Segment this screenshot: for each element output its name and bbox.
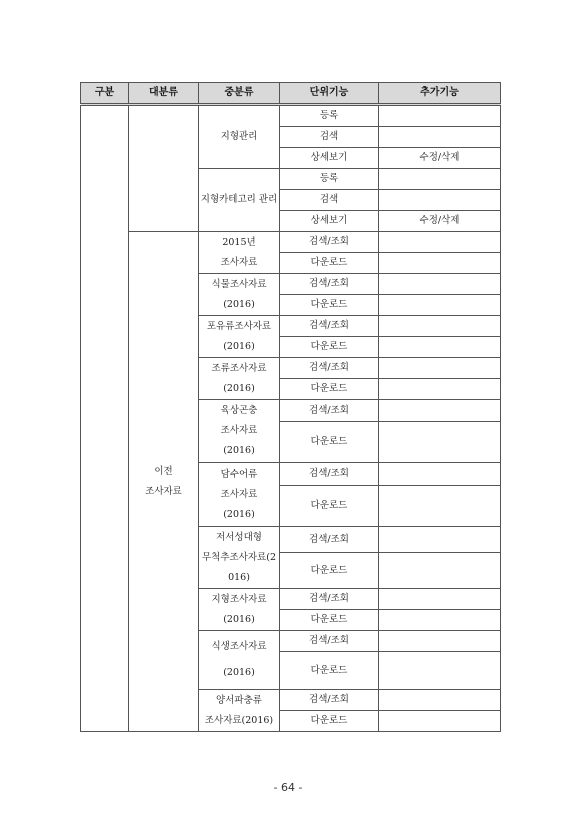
extra-function-cell	[379, 358, 501, 379]
unit-function-cell: 다운로드	[280, 711, 379, 732]
mid-category-cell: 2015년 조사자료	[199, 232, 280, 274]
mid-category-cell: 포유류조사자료 (2016)	[199, 316, 280, 358]
unit-function-cell: 검색/조회	[280, 232, 379, 253]
mid-category-line: 조류조사자료	[199, 359, 279, 379]
extra-function-cell	[379, 422, 501, 463]
extra-function-cell	[379, 232, 501, 253]
mid-category-line: 무척추조사자료(2	[199, 548, 279, 568]
extra-function-cell	[379, 253, 501, 274]
mid-category-line: 저서성대형	[199, 528, 279, 548]
extra-function-cell	[379, 553, 501, 589]
unit-function-cell: 검색/조회	[280, 527, 379, 553]
extra-function-cell	[379, 652, 501, 690]
mid-category-line: 조사자료	[199, 421, 279, 441]
mid-category-cell: 조류조사자료 (2016)	[199, 358, 280, 400]
unit-function-cell: 검색/조회	[280, 400, 379, 422]
extra-function-cell: 수정/삭제	[379, 148, 501, 169]
mid-category-line: (2016)	[199, 295, 279, 315]
mid-category-line: 2015년	[199, 233, 279, 253]
mid-category-line: 식생조사자료	[199, 634, 279, 660]
unit-function-cell: 검색/조회	[280, 316, 379, 337]
extra-function-cell	[379, 400, 501, 422]
unit-function-cell: 다운로드	[280, 422, 379, 463]
mid-category-line: (2016)	[199, 441, 279, 461]
major-category-cell	[129, 105, 199, 232]
extra-function-cell	[379, 379, 501, 400]
mid-category-line: (2016)	[199, 610, 279, 630]
mid-category-cell: 지형조사자료 (2016)	[199, 589, 280, 631]
unit-function-cell: 다운로드	[280, 337, 379, 358]
unit-function-cell: 검색/조회	[280, 358, 379, 379]
extra-function-cell	[379, 589, 501, 610]
unit-function-cell: 다운로드	[280, 486, 379, 527]
division-cell	[81, 105, 129, 732]
unit-function-cell: 검색	[280, 190, 379, 211]
unit-function-cell: 검색	[280, 127, 379, 148]
unit-function-cell: 검색/조회	[280, 631, 379, 652]
unit-function-cell: 다운로드	[280, 253, 379, 274]
major-category-line: 조사자료	[129, 482, 198, 502]
header-extra-function: 추가기능	[379, 83, 501, 105]
unit-function-cell: 검색/조회	[280, 690, 379, 711]
table-header-row: 구분 대분류 중분류 단위기능 추가기능	[81, 83, 501, 105]
major-category-line: 이전	[129, 462, 198, 482]
unit-function-cell: 상세보기	[280, 148, 379, 169]
extra-function-cell	[379, 274, 501, 295]
unit-function-cell: 상세보기	[280, 211, 379, 232]
unit-function-cell: 검색/조회	[280, 463, 379, 486]
extra-function-cell	[379, 527, 501, 553]
mid-category-cell: 지형카테고리 관리	[199, 169, 280, 232]
mid-category-line: 지형조사자료	[199, 590, 279, 610]
unit-function-cell: 등록	[280, 105, 379, 127]
extra-function-cell	[379, 610, 501, 631]
mid-category-cell: 담수어류 조사자료 (2016)	[199, 463, 280, 527]
mid-category-line: 담수어류	[199, 465, 279, 485]
mid-category-line: 조사자료	[199, 253, 279, 273]
unit-function-cell: 등록	[280, 169, 379, 190]
header-mid-category: 중분류	[199, 83, 280, 105]
extra-function-cell	[379, 169, 501, 190]
mid-category-cell: 식생조사자료 (2016)	[199, 631, 280, 690]
mid-category-line: 016)	[199, 568, 279, 588]
extra-function-cell	[379, 486, 501, 527]
extra-function-cell	[379, 337, 501, 358]
page-number: - 64 -	[0, 781, 576, 794]
mid-category-line: (2016)	[199, 505, 279, 525]
mid-category-line: 포유류조사자료	[199, 317, 279, 337]
unit-function-cell: 다운로드	[280, 379, 379, 400]
extra-function-cell: 수정/삭제	[379, 211, 501, 232]
extra-function-cell	[379, 127, 501, 148]
header-major-category: 대분류	[129, 83, 199, 105]
mid-category-line: 양서파충류	[199, 691, 279, 711]
mid-category-line: 조사자료(2016)	[199, 711, 279, 731]
major-category-cell: 이전 조사자료	[129, 232, 199, 732]
mid-category-line: (2016)	[199, 660, 279, 686]
extra-function-cell	[379, 316, 501, 337]
unit-function-cell: 검색/조회	[280, 589, 379, 610]
extra-function-cell	[379, 690, 501, 711]
mid-category-line: 식물조사자료	[199, 275, 279, 295]
document-page: 구분 대분류 중분류 단위기능 추가기능 지형관리 등록 검색 상세보기	[0, 0, 576, 840]
function-spec-table: 구분 대분류 중분류 단위기능 추가기능 지형관리 등록 검색 상세보기	[80, 82, 501, 732]
mid-category-cell: 지형관리	[199, 105, 280, 169]
table-row: 이전 조사자료 2015년 조사자료 검색/조회	[81, 232, 501, 253]
mid-category-line: (2016)	[199, 379, 279, 399]
table-row: 지형관리 등록	[81, 105, 501, 127]
unit-function-cell: 다운로드	[280, 295, 379, 316]
mid-category-line: 조사자료	[199, 485, 279, 505]
extra-function-cell	[379, 631, 501, 652]
unit-function-cell: 검색/조회	[280, 274, 379, 295]
extra-function-cell	[379, 463, 501, 486]
header-division: 구분	[81, 83, 129, 105]
mid-category-cell: 저서성대형 무척추조사자료(2 016)	[199, 527, 280, 589]
mid-category-cell: 육상곤충 조사자료 (2016)	[199, 400, 280, 463]
extra-function-cell	[379, 295, 501, 316]
extra-function-cell	[379, 190, 501, 211]
unit-function-cell: 다운로드	[280, 610, 379, 631]
extra-function-cell	[379, 105, 501, 127]
header-unit-function: 단위기능	[280, 83, 379, 105]
extra-function-cell	[379, 711, 501, 732]
mid-category-cell: 양서파충류 조사자료(2016)	[199, 690, 280, 732]
unit-function-cell: 다운로드	[280, 553, 379, 589]
mid-category-line: (2016)	[199, 337, 279, 357]
mid-category-cell: 식물조사자료 (2016)	[199, 274, 280, 316]
unit-function-cell: 다운로드	[280, 652, 379, 690]
mid-category-line: 육상곤충	[199, 401, 279, 421]
